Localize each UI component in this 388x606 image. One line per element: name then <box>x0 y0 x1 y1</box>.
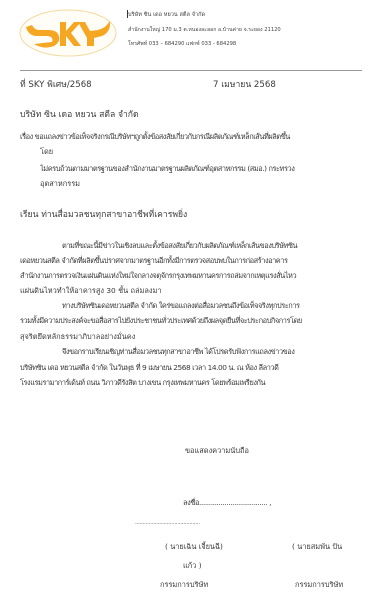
body-line: แผ่นดินไหวทำให้อาคารสูง 30 ชั้น ถล่มลงมา <box>20 285 162 297</box>
signer-1-title: กรรมการบริษัท <box>160 579 208 591</box>
signature-line: ลงชื่อ..................................… <box>183 497 271 509</box>
sky-logo-icon <box>18 8 118 58</box>
company-name: บริษัท ซิน เดอ หยวน สตีล จำกัด <box>128 11 205 19</box>
sender-name: บริษัท ซิน เดอ หยวน สตีล จำกัด <box>20 107 139 121</box>
signer-1-name: ( นายเฉิน เจี้ยนฉี) <box>165 541 223 553</box>
signer-2-title: กรรมการบริษัท <box>295 579 343 591</box>
header-divider <box>20 70 362 71</box>
letter-date: 7 เมษายน 2568 <box>213 77 276 91</box>
company-phone: โทรศัพท์ 033 – 684290 แฟกซ์ 033 - 684298 <box>128 40 236 48</box>
body-line: เดอหยวนสตีล จำกัดที่ผลิตขึ้นปราศจากมาตรฐ… <box>20 255 362 267</box>
subject-line: โดย <box>40 146 53 158</box>
signer-2-name-continued: แก้ว ) <box>183 560 202 572</box>
body-line: รวมทั้งมีความประสงค์จะขอสื่อสารไปยังประช… <box>20 315 362 327</box>
signature-dotted-line: ........................................… <box>135 519 200 526</box>
closing: ขอแสดงความนับถือ <box>185 445 249 457</box>
body-line: สุจริตยึดหลักธรรมาภิบาลอย่างมั่นคง <box>20 331 135 343</box>
salutation: เรียน ท่านสื่อมวลชนทุกสาขาอาชีพที่เคารพย… <box>20 207 187 221</box>
body-line: สำนักงานการตรวจเงินแผ่นดินแห่งใหม่ใจกลาง… <box>20 270 362 282</box>
body-line: ทางบริษัทซินเดอหยวนสตีล จำกัด ใคร่ขอแถลง… <box>62 300 362 312</box>
body-line: ตามที่ขณะนี้มีข่าวในเชิงลบและตั้งข้อสงสั… <box>62 240 362 252</box>
subject-line: เรื่อง ขอแถลงข่าวข้อเท็จจริงกรณีบริษัทฯถ… <box>20 131 360 143</box>
company-address: สำนักงานใหญ่ 170 ม.3 ต.หนองละลอก อ.บ้านค… <box>128 26 281 34</box>
body-line: จึงขอกราบเรียนเชิญท่านสื่อมวลชนทุกสาขาอา… <box>62 346 362 358</box>
reference-number: ที่ SKY พิเศษ/2568 <box>20 77 92 91</box>
subject-line: ไม่ครบถ้วนตามมาตรฐานของสำนักงานมาตรฐานผล… <box>40 163 362 175</box>
signer-2-name: ( นายสมพัน ปัน <box>292 541 342 553</box>
body-line: บริษัทซิน เดอ หยวนสตีล จำกัด ในวันพุธ ที… <box>20 362 362 374</box>
body-line: โรงแรมรามาการ์เด้นท์ ถนน วิภาวดีรังสิต บ… <box>20 377 362 389</box>
subject-line: อุตสาหกรรม <box>40 178 80 190</box>
